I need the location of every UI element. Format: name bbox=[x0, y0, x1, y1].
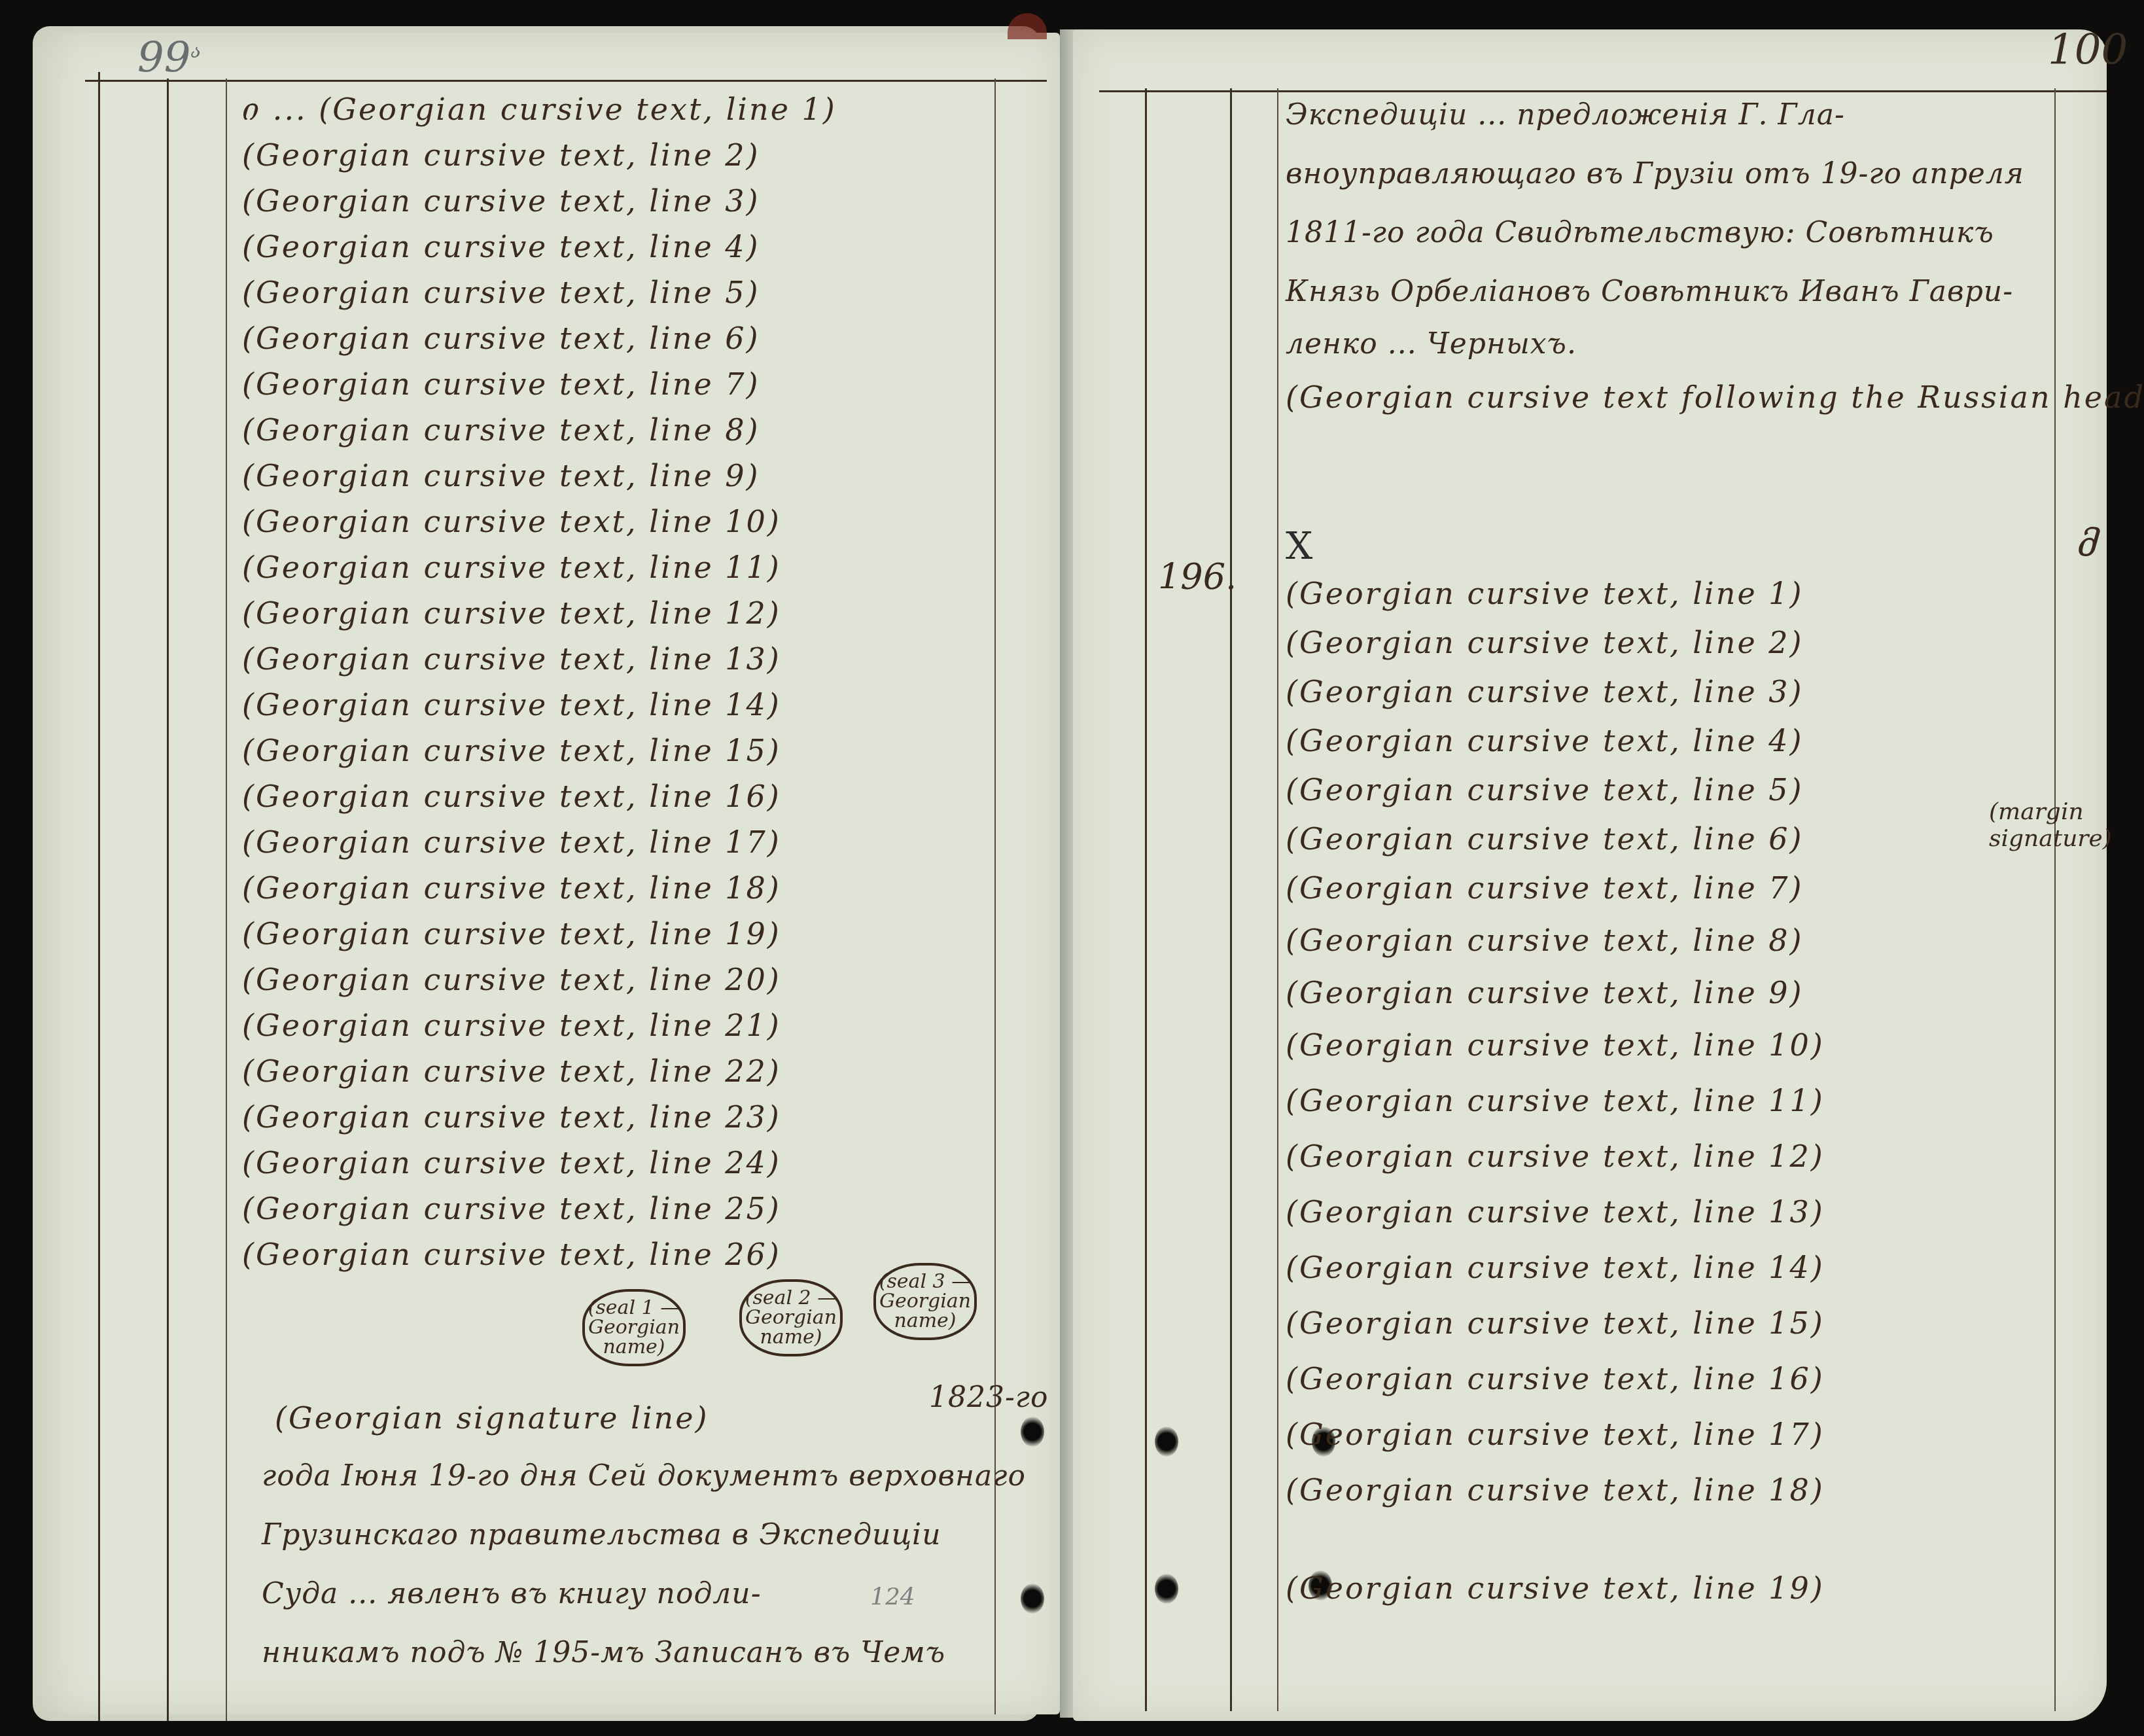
text-line: (Georgian cursive text, line 10) bbox=[1286, 1027, 1825, 1063]
text-line: (Georgian cursive text, line 23) bbox=[242, 1099, 781, 1135]
text-line: (Georgian cursive text, line 13) bbox=[242, 641, 781, 677]
right-text-margin-rule bbox=[2054, 88, 2056, 1711]
text-line: (Georgian cursive text, line 22) bbox=[242, 1054, 781, 1089]
binding-hole bbox=[1021, 1584, 1044, 1614]
text-line: (Georgian cursive text, line 21) bbox=[242, 1008, 781, 1043]
text-line: (Georgian cursive text, line 5) bbox=[1286, 772, 1803, 807]
heading-line-4: Князь Орбеліановъ Совѣтникъ Иванъ Гаври- bbox=[1286, 275, 2013, 308]
seal-3: (seal 3 — Georgian name) bbox=[873, 1263, 977, 1340]
binding-hole bbox=[1155, 1426, 1178, 1457]
text-line: (Georgian cursive text, line 18) bbox=[242, 870, 781, 906]
text-line: (Georgian cursive text, line 6) bbox=[1286, 821, 1803, 857]
left-outer-column-rule bbox=[98, 72, 100, 1721]
text-line: (Georgian cursive text, line 9) bbox=[242, 458, 760, 493]
text-line: (Georgian cursive text, line 2) bbox=[242, 137, 760, 173]
text-line: (Georgian cursive text, line 12) bbox=[242, 595, 781, 631]
bookmark-ribbon bbox=[1008, 13, 1047, 39]
text-line: (Georgian cursive text, line 16) bbox=[1286, 1361, 1825, 1396]
russian-note-line-1: года Іюня 19-го дня Сей документъ верхов… bbox=[262, 1459, 1026, 1493]
text-line: (Georgian cursive text, line 16) bbox=[242, 779, 781, 814]
text-line: ი ... (Georgian cursive text, line 1) bbox=[242, 92, 837, 127]
text-line: (Georgian cursive text, line 6) bbox=[242, 321, 760, 356]
left-column-rule-2 bbox=[226, 79, 227, 1721]
margin-letter: მ bbox=[2077, 523, 2098, 565]
left-page-number: 99ა bbox=[137, 34, 201, 82]
text-line: (Georgian cursive text, line 10) bbox=[242, 504, 781, 539]
text-line: (Georgian cursive text, line 8) bbox=[242, 412, 760, 448]
right-page-number: 100 bbox=[2048, 26, 2128, 75]
right-header-rule bbox=[1099, 90, 2107, 92]
text-line: (Georgian cursive text, line 7) bbox=[1286, 870, 1803, 906]
heading-line-5: ленко ... Черныхъ. bbox=[1286, 327, 1577, 361]
text-line: (Georgian cursive text, line 18) bbox=[1286, 1472, 1825, 1508]
seal-2: (seal 2 — Georgian name) bbox=[739, 1279, 843, 1356]
text-line: (Georgian cursive text, line 13) bbox=[1286, 1194, 1825, 1230]
margin-signature: (margin signature) bbox=[1989, 798, 2144, 852]
text-line: (Georgian cursive text, line 19) bbox=[242, 916, 781, 951]
binding-hole bbox=[1021, 1417, 1044, 1447]
text-line: (Georgian cursive text, line 5) bbox=[242, 275, 760, 310]
text-line: (Georgian cursive text, line 14) bbox=[1286, 1250, 1825, 1285]
right-column-rule-2 bbox=[1230, 88, 1232, 1711]
text-line: (Georgian cursive text, line 17) bbox=[1286, 1417, 1825, 1452]
text-line: (Georgian cursive text, line 24) bbox=[242, 1145, 781, 1180]
text-line: (Georgian cursive text, line 17) bbox=[242, 824, 781, 860]
text-line: (Georgian cursive text, line 3) bbox=[242, 183, 760, 219]
text-line: (Georgian cursive text, line 15) bbox=[242, 733, 781, 768]
heading-line-2: вноуправляющаго въ Грузіи отъ 19-го апре… bbox=[1286, 157, 2024, 190]
text-line: (Georgian cursive text, line 8) bbox=[1286, 923, 1803, 958]
text-line: (Georgian cursive text, line 4) bbox=[1286, 723, 1803, 758]
heading-line-3: 1811-го года Свидѣтельствую: Совѣтникъ bbox=[1286, 216, 1994, 249]
text-line: (Georgian cursive text, line 11) bbox=[242, 550, 781, 585]
signature-year: 1823-го bbox=[929, 1381, 1049, 1414]
heading-georgian-line: (Georgian cursive text following the Rus… bbox=[1286, 380, 2144, 415]
text-line: (Georgian cursive text, line 19) bbox=[1286, 1570, 1825, 1606]
text-line: (Georgian cursive text, line 14) bbox=[242, 687, 781, 722]
seal-1: (seal 1 — Georgian name) bbox=[582, 1289, 686, 1366]
text-line: (Georgian cursive text, line 11) bbox=[1286, 1083, 1825, 1118]
text-line: (Georgian cursive text, line 4) bbox=[242, 229, 760, 264]
entry-number: 196. bbox=[1158, 556, 1237, 597]
text-line: (Georgian cursive text, line 7) bbox=[242, 366, 760, 402]
russian-note-line-4: нникамъ подъ № 195-мъ Записанъ въ Чемъ bbox=[262, 1636, 945, 1669]
text-line: (Georgian cursive text, line 20) bbox=[242, 962, 781, 997]
russian-note-line-3: Суда ... явленъ въ книгу подли- bbox=[262, 1577, 762, 1610]
text-line: (Georgian cursive text, line 12) bbox=[1286, 1139, 1825, 1174]
text-line: (Georgian cursive text, line 15) bbox=[1286, 1305, 1825, 1341]
russian-note-line-2: Грузинскаго правительства в Экспедиціи bbox=[262, 1518, 941, 1551]
text-line: (Georgian cursive text, line 2) bbox=[1286, 625, 1803, 660]
pencil-margin-number: 124 bbox=[870, 1584, 915, 1610]
right-column-rule-1 bbox=[1145, 88, 1147, 1711]
left-column-rule-1 bbox=[167, 79, 169, 1721]
left-header-rule bbox=[85, 80, 1047, 82]
text-line: (Georgian cursive text, line 26) bbox=[242, 1237, 781, 1272]
text-line: (Georgian cursive text, line 1) bbox=[1286, 576, 1803, 611]
right-column-rule-3 bbox=[1277, 88, 1278, 1711]
text-line: (Georgian cursive text, line 9) bbox=[1286, 975, 1803, 1010]
x-mark: X bbox=[1286, 523, 1312, 568]
binding-hole bbox=[1155, 1574, 1178, 1604]
signature-line: (Georgian signature line) bbox=[275, 1400, 709, 1436]
heading-line-1: Экспедиціи ... предложенія Г. Гла- bbox=[1286, 98, 1845, 132]
text-line: (Georgian cursive text, line 25) bbox=[242, 1191, 781, 1226]
text-line: (Georgian cursive text, line 3) bbox=[1286, 674, 1803, 709]
